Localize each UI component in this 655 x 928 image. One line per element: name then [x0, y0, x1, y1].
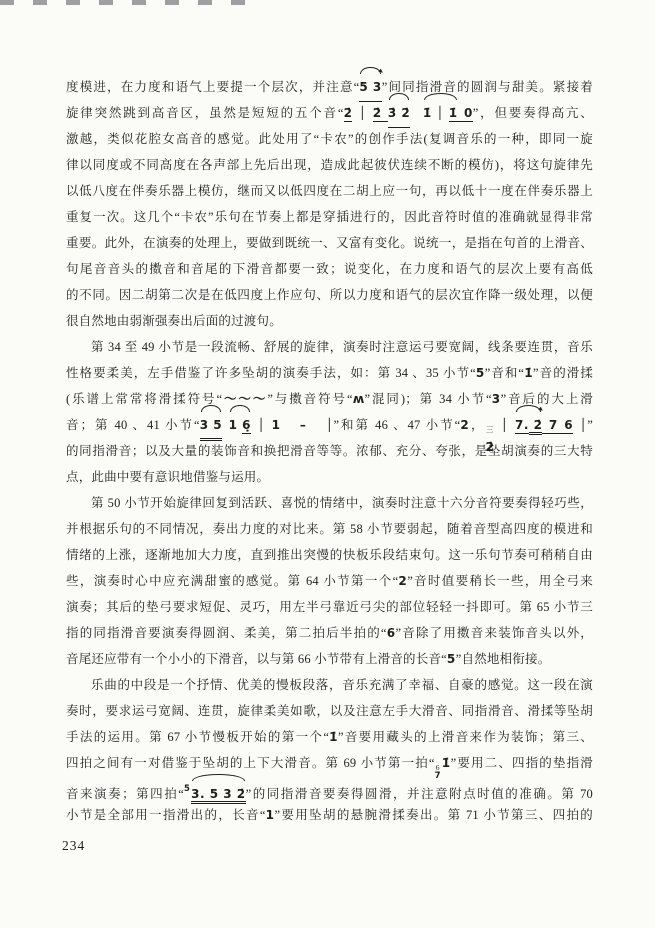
text-run: ” — [587, 418, 593, 432]
text-run: 奏时，要求运弓宽阔、连贯，旋律柔美如歌，以及注意左手大滑音、同指滑音、滑揉等坠胡 — [66, 704, 593, 718]
text-run: ”音除了用擞音来装饰音头以外， — [396, 626, 593, 640]
music-notation: 5 3 2̇ — [205, 787, 246, 804]
page-number: 234 — [62, 838, 85, 854]
text-line: 情绪的上涨，逐渐地加大力度，直到推出突慢的快板乐段结束句。这一乐句节奏可稍稍自由 — [66, 542, 593, 568]
paragraph-4: 乐曲的中段是一个抒情、优美的慢板段落，音乐充满了幸福、自豪的感觉。这一段在演奏时… — [66, 672, 593, 828]
text-line: 旋律突然跳到高音区，虽然是短短的五个音“2̇ │ 2̇ 3̇ 2̇ 1̇ │ 1… — [66, 100, 593, 126]
music-notation: 1̇ — [329, 730, 338, 744]
text-run: 演奏；其后的垫弓要求短促、灵巧，用左半弓靠近弓尖的部位轻轻一抖即可。第 65 小… — [66, 600, 593, 614]
music-notation: 6̣ — [242, 418, 251, 434]
text-run: 点，此曲中要有意识地借鉴与运用。 — [66, 470, 269, 484]
text-run: 的不同。因二胡第二次是在低四度上作应句、所以力度和语气的层次宜作降一级处理，以便 — [66, 288, 593, 302]
text-run: 句尾音音头的擞音和音尾的下滑音都要一致；说变化，在力度和语气的层次上要有高低 — [66, 262, 593, 276]
text-run: ”和第 46 、47 小节“ — [334, 418, 461, 432]
text-line: 并根据乐句的不同情况，奏出力度的对比来。第 58 小节要弱起，随着音型高四度的模… — [66, 516, 593, 542]
text-run: 音来演奏；第四拍“ — [66, 787, 184, 801]
text-line: 激越，类似花腔女高音的感觉。此处用了“卡农”的创作手法(复调音乐的一种，即同一旋 — [66, 126, 593, 152]
book-page: 度模进，在力度和语气上要提一个层次，并注意“5 3”间同指滑音的圆润与甜美。紧接… — [0, 0, 655, 928]
text-run: 第 34 至 49 小节是一段流畅、舒展的旋律，演奏时注意运弓要宽阔，线条要连贯… — [91, 340, 593, 354]
music-notation: │ — [352, 106, 372, 120]
text-run: ”音后的大上滑 — [501, 392, 593, 406]
music-notation: 1̇ — [423, 106, 432, 120]
text-run: 乐曲的中段是一个抒情、优美的慢板段落，音乐充满了幸福、自豪的感觉。这一段在演 — [91, 678, 593, 692]
text-run: 并根据乐句的不同情况，奏出力度的对比来。第 58 小节要弱起，随着音型高四度的模… — [66, 522, 593, 536]
text-run: ”音和“ — [485, 366, 524, 380]
text-run: 些，演奏时心中应充满甜蜜的感觉。第 64 小节第一个“ — [66, 574, 398, 588]
text-run: ”的同指滑音要奏得圆滑，并注意附点时值的准确。第 70 — [246, 787, 593, 801]
scan-edge-marks — [0, 0, 248, 5]
text-line: 指的同指滑音要演奏得圆润、柔美，第二拍后半拍的“6”音除了用擞音来装饰音头以外， — [66, 620, 593, 646]
text-run: ”与擞音符号“ — [267, 392, 352, 406]
text-line: 第 50 小节开始旋律回复到活跃、喜悦的情绪中，演奏时注意十六分音符要奏得轻巧些… — [66, 490, 593, 516]
music-notation: 7. 2̇ — [515, 412, 542, 438]
text-run: 以低八度在伴奏乐器上模仿，继而又以低四度在二胡上应一句，再以低十一度在伴奏乐器上 — [66, 184, 593, 198]
music-notation: ～～～ — [222, 391, 267, 406]
text-line: 性格要柔美，左手借鉴了许多坠胡的演奏手法，如：第 34 、35 小节“5”音和“… — [66, 360, 593, 386]
music-notation: 2̇ — [373, 106, 388, 122]
text-line: 度模进，在力度和语气上要提一个层次，并注意“5 3”间同指滑音的圆润与甜美。紧接… — [66, 74, 593, 100]
text-run: 四拍之间有一对借鉴于坠胡的上下大滑音。第 69 小节第一拍“ — [66, 756, 435, 770]
text-line: 音尾还应带有一个小小的下滑音，以与第 66 小节带有上滑音的长音“5”自然地相衔… — [66, 646, 593, 672]
text-line: 重复一次。这几个“卡农”乐句在节奏上都是穿插进行的，因此音符时值的准确就显得非常 — [66, 204, 593, 230]
text-run: 激越，类似花腔女高音的感觉。此处用了“卡农”的创作手法(复调音乐的一种，即同一旋 — [66, 132, 593, 146]
text-run: 的同指滑音；以及大量的装饰音和换把滑音等等。浓郁、充分、夸张，是坠胡演奏的三大特 — [66, 444, 593, 458]
text-line: 手法的运用。第 67 小节慢板开始的第一个“1̇”音要用藏头的上滑音来作为装饰；… — [66, 724, 593, 750]
text-run: (乐谱上常常将滑揉符号“ — [66, 392, 222, 406]
text-line: 乐曲的中段是一个抒情、优美的慢板段落，音乐充满了幸福、自豪的感觉。这一段在演 — [66, 672, 593, 698]
music-notation: 2 — [460, 418, 469, 432]
text-run: 第 50 小节开始旋律回复到活跃、喜悦的情绪中，演奏时注意十六分音符要奏得轻巧些… — [91, 496, 593, 510]
text-line: (乐谱上常常将滑揉符号“～～～”与擞音符号“ʍ”混同)；第 34 小节“3”音后… — [66, 386, 593, 412]
text-run: 很自然地由弱渐强奏出后面的过渡句。 — [66, 314, 282, 328]
text-line: 第 34 至 49 小节是一段流畅、舒展的旋律，演奏时注意运弓要宽阔，线条要连贯… — [66, 334, 593, 360]
text-run: 音；第 40 、41 小节“ — [66, 418, 200, 432]
music-notation: │ 1 — [251, 418, 281, 432]
music-notation: 5 3 — [359, 74, 381, 102]
text-run: ”要用坠胡的悬腕滑揉奏出。第 71 小节第三、四拍的 — [275, 808, 593, 822]
text-run: 律以同度或不同高度在各声部上先后出现，造成此起彼伏连续不断的模仿)，将这句旋律先 — [66, 158, 593, 172]
text-run: 小节是全部用一指滑出的，长音“ — [66, 808, 266, 822]
text-run: 度模进，在力度和语气上要提一个层次，并注意“ — [66, 80, 359, 94]
text-line: 的同指滑音；以及大量的装饰音和换把滑音等等。浓郁、充分、夸张，是坠胡演奏的三大特 — [66, 438, 593, 464]
text-run: 重要。此外，在演奏的处理上，要做到既统一、又富有变化。说统一，是指在句首的上滑音… — [66, 236, 593, 250]
page-text: 度模进，在力度和语气上要提一个层次，并注意“5 3”间同指滑音的圆润与甜美。紧接… — [66, 74, 593, 828]
text-line: 律以同度或不同高度在各声部上先后出现，造成此起彼伏连续不断的模仿)，将这句旋律先 — [66, 152, 593, 178]
text-run: 情绪的上涨，逐渐地加大力度，直到推出突慢的快板乐段结束句。这一乐句节奏可稍稍自由 — [66, 548, 593, 562]
music-notation: 7. — [515, 418, 529, 434]
music-notation: 2̇ — [529, 418, 543, 435]
music-notation: 1 6̣ — [229, 412, 251, 438]
music-notation: 5 — [447, 652, 456, 666]
music-notation: 1̇ — [442, 756, 451, 770]
text-run: 旋律突然跳到高音区，虽然是短短的五个音“ — [66, 106, 344, 120]
text-line: 奏时，要求运弓宽阔、连贯，旋律柔美如歌，以及注意左手大滑音、同指滑音、滑揉等坠胡 — [66, 698, 593, 724]
music-notation — [410, 106, 423, 120]
text-line: 重要。此外，在演奏的处理上，要做到既统一、又富有变化。说统一，是指在句首的上滑音… — [66, 230, 593, 256]
text-run: ， — [469, 418, 485, 432]
music-notation: 3 5 — [200, 412, 222, 441]
text-run: ”混同)；第 34 小节“ — [365, 392, 492, 406]
paragraph-1: 度模进，在力度和语气上要提一个层次，并注意“5 3”间同指滑音的圆润与甜美。紧接… — [66, 74, 593, 334]
text-line: 句尾音音头的擞音和音尾的下滑音都要一致；说变化，在力度和语气的层次上要有高低 — [66, 256, 593, 282]
text-run: ”音要用藏头的上滑音来作为装饰；第三、 — [338, 730, 593, 744]
text-line: 以低八度在伴奏乐器上模仿，继而又以低四度在二胡上应一句，再以低十一度在伴奏乐器上 — [66, 178, 593, 204]
music-notation: 1̇ — [524, 366, 533, 380]
music-notation: 6 — [387, 626, 396, 640]
text-line: 小节是全部用一指滑出的，长音“1”要用坠胡的悬腕滑揉奏出。第 71 小节第三、四… — [66, 802, 593, 828]
music-notation: 5 — [476, 366, 485, 380]
music-notation: │ — [573, 418, 587, 432]
text-run: ”音的滑揉 — [533, 366, 593, 380]
paragraph-3: 第 50 小节开始旋律回复到活跃、喜悦的情绪中，演奏时注意十六分音符要奏得轻巧些… — [66, 490, 593, 672]
music-notation: 1̇ — [449, 106, 458, 122]
text-line: 音来演奏；第四拍“53. 5 3 2̇”的同指滑音要奏得圆滑，并注意附点时值的准… — [66, 776, 593, 802]
text-run: 性格要柔美，左手借鉴了许多坠胡的演奏手法，如：第 34 、35 小节“ — [66, 366, 476, 380]
text-run: ”要用二、四指的垫指滑 — [451, 756, 593, 770]
music-notation: │ — [432, 106, 449, 120]
music-notation: │ — [494, 418, 515, 432]
text-line: 些，演奏时心中应充满甜蜜的感觉。第 64 小节第一个“2”音时值要稍长一些，用全… — [66, 568, 593, 594]
text-line: 很自然地由弱渐强奏出后面的过渡句。 — [66, 308, 593, 334]
text-run: 重复一次。这几个“卡农”乐句在节奏上都是穿插进行的，因此音符时值的准确就显得非常 — [66, 210, 593, 224]
notation-overscript: 三 — [486, 426, 494, 434]
music-notation: 3. 5 3 2̇ — [191, 781, 246, 807]
text-run: ”音时值要稍长一些，用全弓来 — [407, 574, 593, 588]
text-line: 演奏；其后的垫弓要求短促、灵巧，用左半弓靠近弓尖的部位轻轻一抖即可。第 65 小… — [66, 594, 593, 620]
music-notation: 3 — [492, 392, 501, 406]
text-run: 音尾还应带有一个小小的下滑音，以与第 66 小节带有上滑音的长音“ — [66, 652, 447, 666]
music-notation: 0 — [458, 106, 473, 122]
music-notation: 1 — [229, 418, 243, 432]
music-notation: 3̇ 2̇ — [388, 100, 410, 128]
music-notation: │ — [326, 418, 334, 432]
text-run: 指的同指滑音要演奏得圆润、柔美，第二拍后半拍的“ — [66, 626, 387, 640]
music-notation: 5 — [184, 784, 190, 794]
paragraph-2: 第 34 至 49 小节是一段流畅、舒展的旋律，演奏时注意运弓要宽阔，线条要连贯… — [66, 334, 593, 490]
text-line: 的不同。因二胡第二次是在低四度上作应句、所以力度和语气的层次宜作降一级处理，以便 — [66, 282, 593, 308]
text-line: 音；第 40 、41 小节“3 5 1 6̣ │ 1 – │”和第 46 、47… — [66, 412, 593, 438]
music-notation: ʍ — [353, 391, 365, 406]
text-run: ”自然地相衔接。 — [456, 652, 551, 666]
music-notation: 3. — [191, 787, 205, 804]
text-line: 四拍之间有一对借鉴于坠胡的上下大滑音。第 69 小节第一拍“671̇”要用二、四… — [66, 750, 593, 776]
text-line: 点，此曲中要有意识地借鉴与运用。 — [66, 464, 593, 490]
music-notation: 1 — [266, 808, 275, 822]
music-notation: 7 6 — [542, 418, 573, 434]
text-run: ”间同指滑音的圆润与甜美。紧接着 — [382, 80, 593, 94]
music-notation: 1̇ │ 1̇ — [423, 100, 458, 126]
text-run: 手法的运用。第 67 小节慢板开始的第一个“ — [66, 730, 329, 744]
music-notation: – — [281, 418, 326, 432]
text-run: ”，但要奏得高亢、 — [473, 106, 593, 120]
music-notation: 2 — [398, 574, 407, 588]
